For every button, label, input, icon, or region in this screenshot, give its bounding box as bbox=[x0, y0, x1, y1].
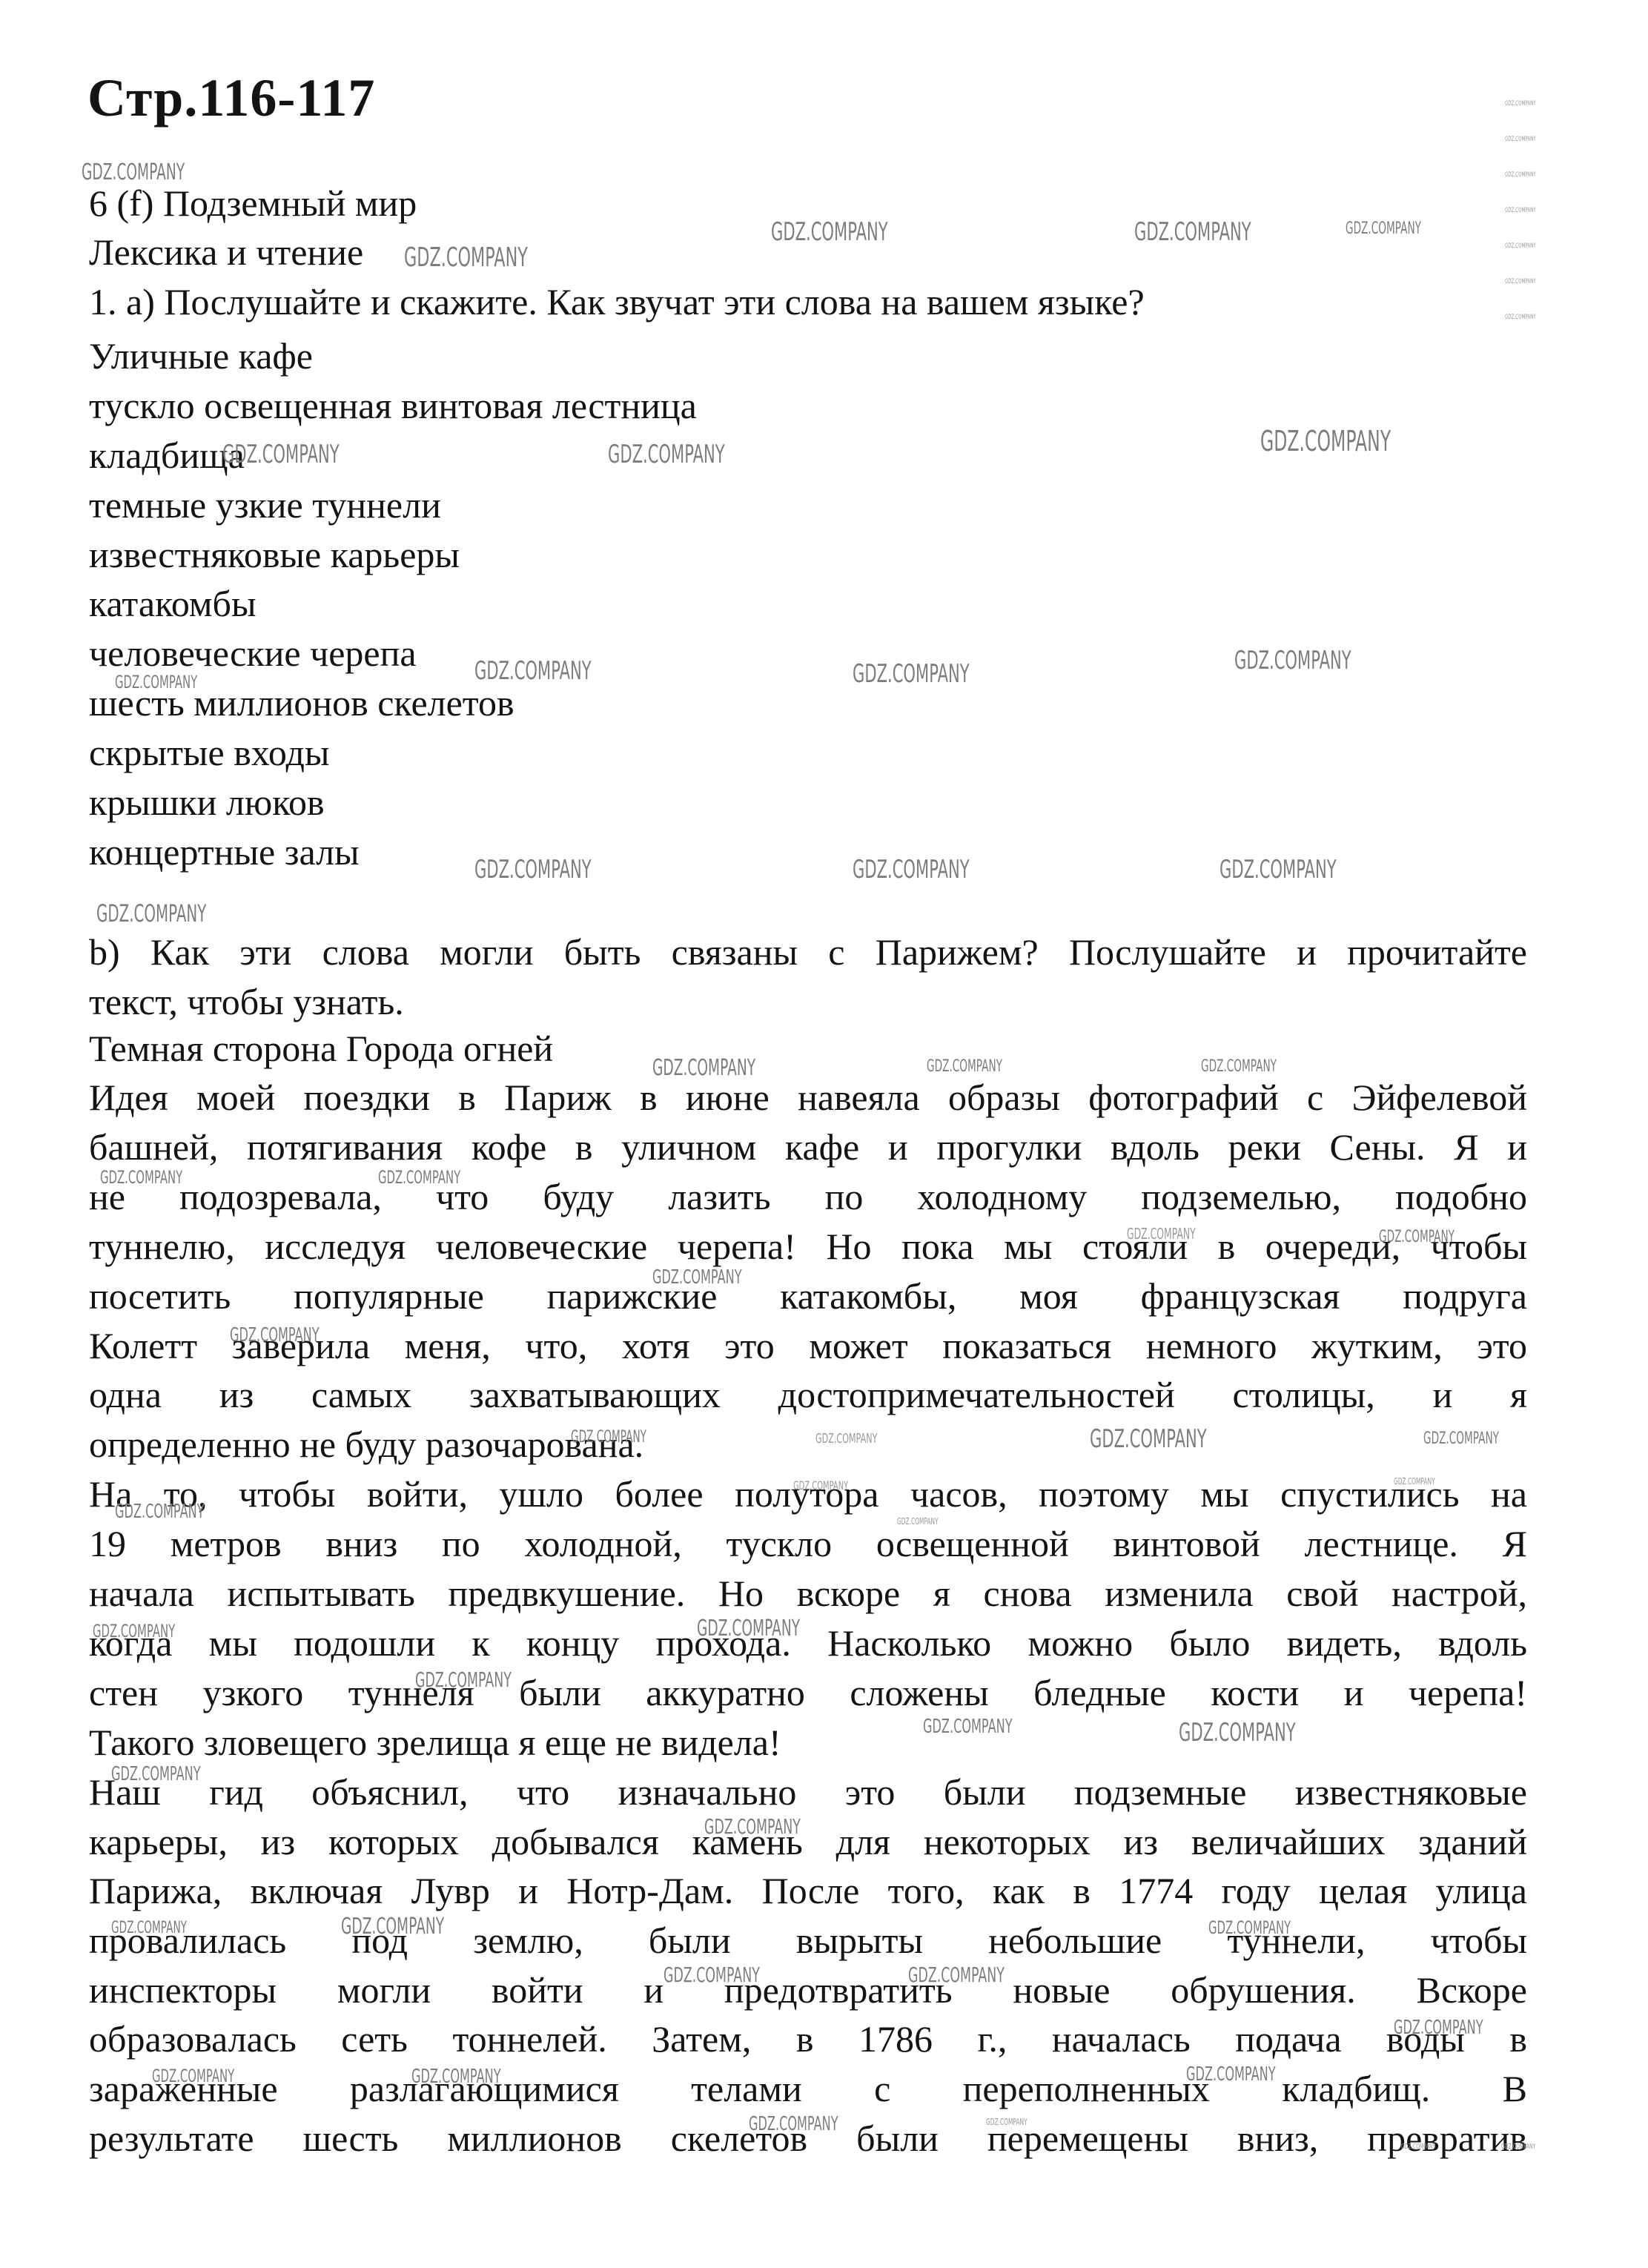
watermark-text-small: GDZ.COMPANY bbox=[1505, 101, 1536, 108]
watermark-text-small: GDZ.COMPANY bbox=[1505, 208, 1536, 214]
watermark-text-small: GDZ.COMPANY bbox=[1505, 314, 1536, 321]
watermark-text-small: GDZ.COMPANY bbox=[1505, 136, 1536, 143]
side-watermark-column: GDZ.COMPANYGDZ.COMPANYGDZ.COMPANYGDZ.COM… bbox=[0, 0, 1648, 2268]
watermark-text-small: GDZ.COMPANY bbox=[1505, 243, 1536, 250]
watermark-text-small: GDZ.COMPANY bbox=[1505, 172, 1536, 179]
document-page: Стр.116-117 6 (f) Подземный мирЛексика и… bbox=[0, 0, 1648, 2268]
watermark-text-small: GDZ.COMPANY bbox=[1505, 279, 1536, 285]
